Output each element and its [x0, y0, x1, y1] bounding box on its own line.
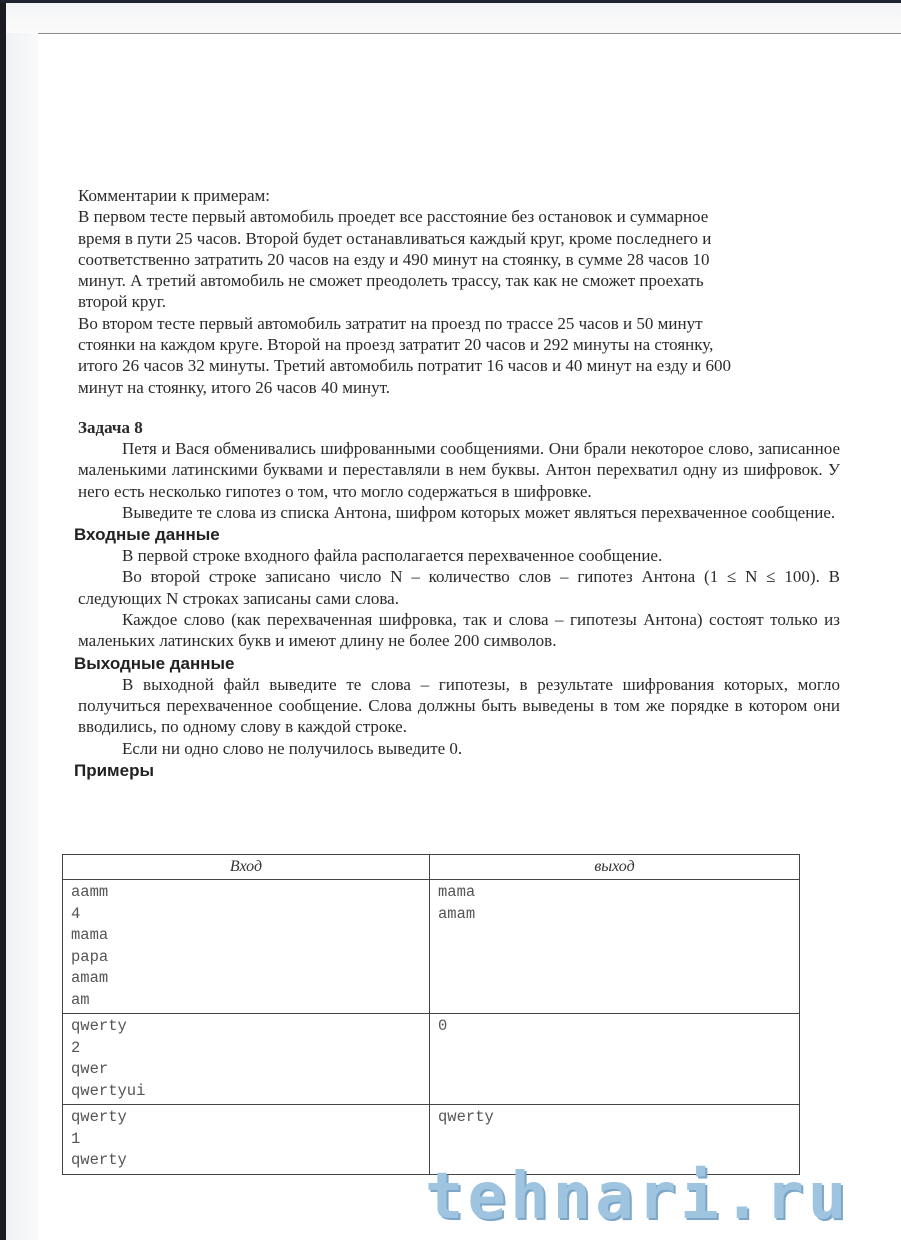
input-line: qwerty [71, 1150, 421, 1172]
example-input-cell: aamm 4 mama papa amam am [63, 880, 430, 1014]
watermark-logo: tehnari.ru [425, 1160, 850, 1234]
page-fold-left [6, 33, 38, 1240]
document-body: Комментарии к примерам: В первом тесте п… [78, 185, 840, 781]
examples-heading: Примеры [74, 761, 840, 781]
table-row: aamm 4 mama papa amam am mama amam [63, 880, 800, 1014]
column-header-input: Вход [63, 855, 430, 880]
comments-paragraph-1: В первом тесте первый автомобиль проедет… [78, 206, 840, 312]
input-line: 1 [71, 1129, 421, 1151]
task-title: Задача 8 [78, 418, 840, 438]
output-line: 0 [438, 1016, 791, 1038]
input-line: qwerty [71, 1016, 421, 1038]
output-line: amam [438, 904, 791, 926]
input-desc-3: Каждое слово (как перехваченная шифровка… [78, 609, 840, 652]
text-line: итого 26 часов 32 минуты. Третий автомоб… [78, 355, 840, 376]
comments-paragraph-2: Во втором тесте первый автомобиль затрат… [78, 313, 840, 398]
input-line: qwertyui [71, 1081, 421, 1103]
input-line: mama [71, 925, 421, 947]
table-header-row: Вход выход [63, 855, 800, 880]
example-output-cell: 0 [430, 1014, 800, 1105]
task-instruction: Выведите те слова из списка Антона, шифр… [78, 502, 840, 523]
example-input-cell: qwerty 1 qwerty [63, 1105, 430, 1175]
text-line: Во втором тесте первый автомобиль затрат… [78, 313, 840, 334]
input-line: qwer [71, 1059, 421, 1081]
output-line: mama [438, 882, 791, 904]
text-line: время в пути 25 часов. Второй будет оста… [78, 228, 840, 249]
text-line: минут. А третий автомобиль не сможет пре… [78, 270, 840, 291]
examples-table: Вход выход aamm 4 mama papa amam am mama… [62, 854, 800, 1175]
input-line: amam [71, 968, 421, 990]
input-line: qwerty [71, 1107, 421, 1129]
input-desc-1: В первой строке входного файла располага… [78, 545, 840, 566]
table-row: qwerty 2 qwer qwertyui 0 [63, 1014, 800, 1105]
input-line: papa [71, 947, 421, 969]
output-desc-1: В выходной файл выведите те слова – гипо… [78, 674, 840, 738]
example-output-cell: mama amam [430, 880, 800, 1014]
output-line: qwerty [438, 1107, 791, 1129]
column-header-output: выход [430, 855, 800, 880]
input-line: aamm [71, 882, 421, 904]
example-input-cell: qwerty 2 qwer qwertyui [63, 1014, 430, 1105]
input-line: 4 [71, 904, 421, 926]
input-line: 2 [71, 1038, 421, 1060]
text-line: второй круг. [78, 291, 840, 312]
text-line: соответственно затратить 20 часов на езд… [78, 249, 840, 270]
text-line: стоянки на каждом круге. Второй на проез… [78, 334, 840, 355]
page-fold [6, 3, 901, 34]
text-line: В первом тесте первый автомобиль проедет… [78, 206, 840, 227]
input-line: am [71, 990, 421, 1012]
output-desc-2: Если ни одно слово не получилось выведит… [78, 738, 840, 759]
comments-title: Комментарии к примерам: [78, 185, 840, 206]
output-heading: Выходные данные [74, 654, 840, 674]
text-line: минут на стоянку, итого 26 часов 40 мину… [78, 377, 840, 398]
input-desc-2: Во второй строке записано число N – коли… [78, 566, 840, 609]
input-heading: Входные данные [74, 525, 840, 545]
task-statement: Петя и Вася обменивались шифрованными со… [78, 438, 840, 502]
